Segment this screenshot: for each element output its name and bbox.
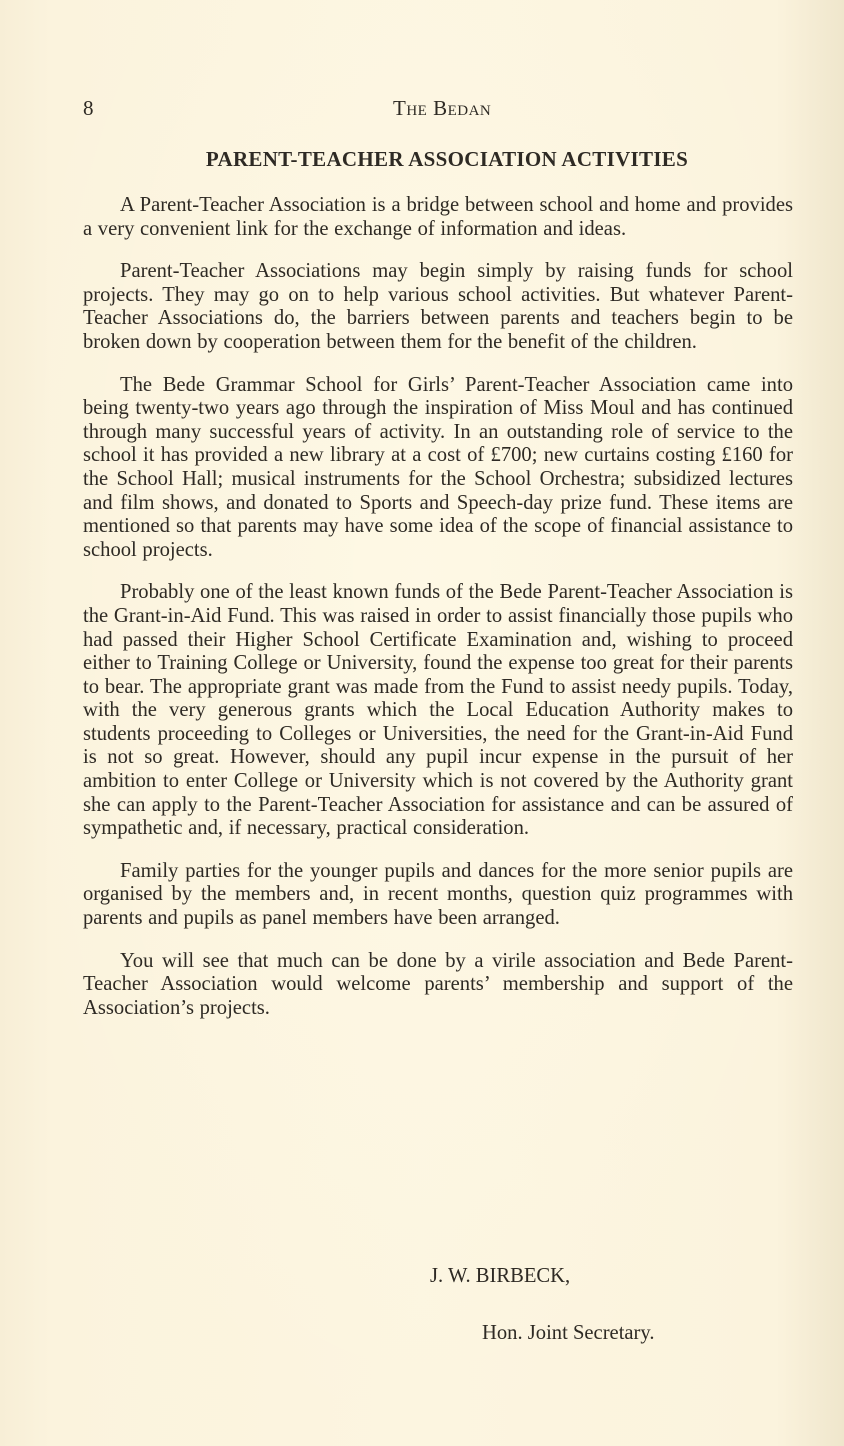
page-number: 8 [83, 96, 94, 121]
signature-name: J. W. BIRBECK, [430, 1265, 570, 1288]
running-head: 8 The Bedan [83, 96, 503, 126]
paragraph-closing: You will see that much can be done by a … [83, 950, 793, 1021]
paragraph-social-events: Family parties for the younger pupils an… [83, 860, 793, 931]
signature-role: Hon. Joint Secretary. [482, 1322, 655, 1345]
paragraph-grant-in-aid: Probably one of the least known funds of… [83, 581, 793, 841]
article-title: PARENT-TEACHER ASSOCIATION ACTIVITIES [83, 142, 793, 176]
paragraph-history: The Bede Grammar School for Girls’ Paren… [83, 374, 793, 563]
journal-title: The Bedan [393, 96, 491, 121]
article: PARENT-TEACHER ASSOCIATION ACTIVITIES A … [83, 142, 793, 1039]
paragraph-fundraising: Parent-Teacher Associations may begin si… [83, 260, 793, 354]
document-page: 8 The Bedan PARENT-TEACHER ASSOCIATION A… [0, 0, 844, 1446]
paragraph-intro: A Parent-Teacher Association is a bridge… [83, 194, 793, 241]
